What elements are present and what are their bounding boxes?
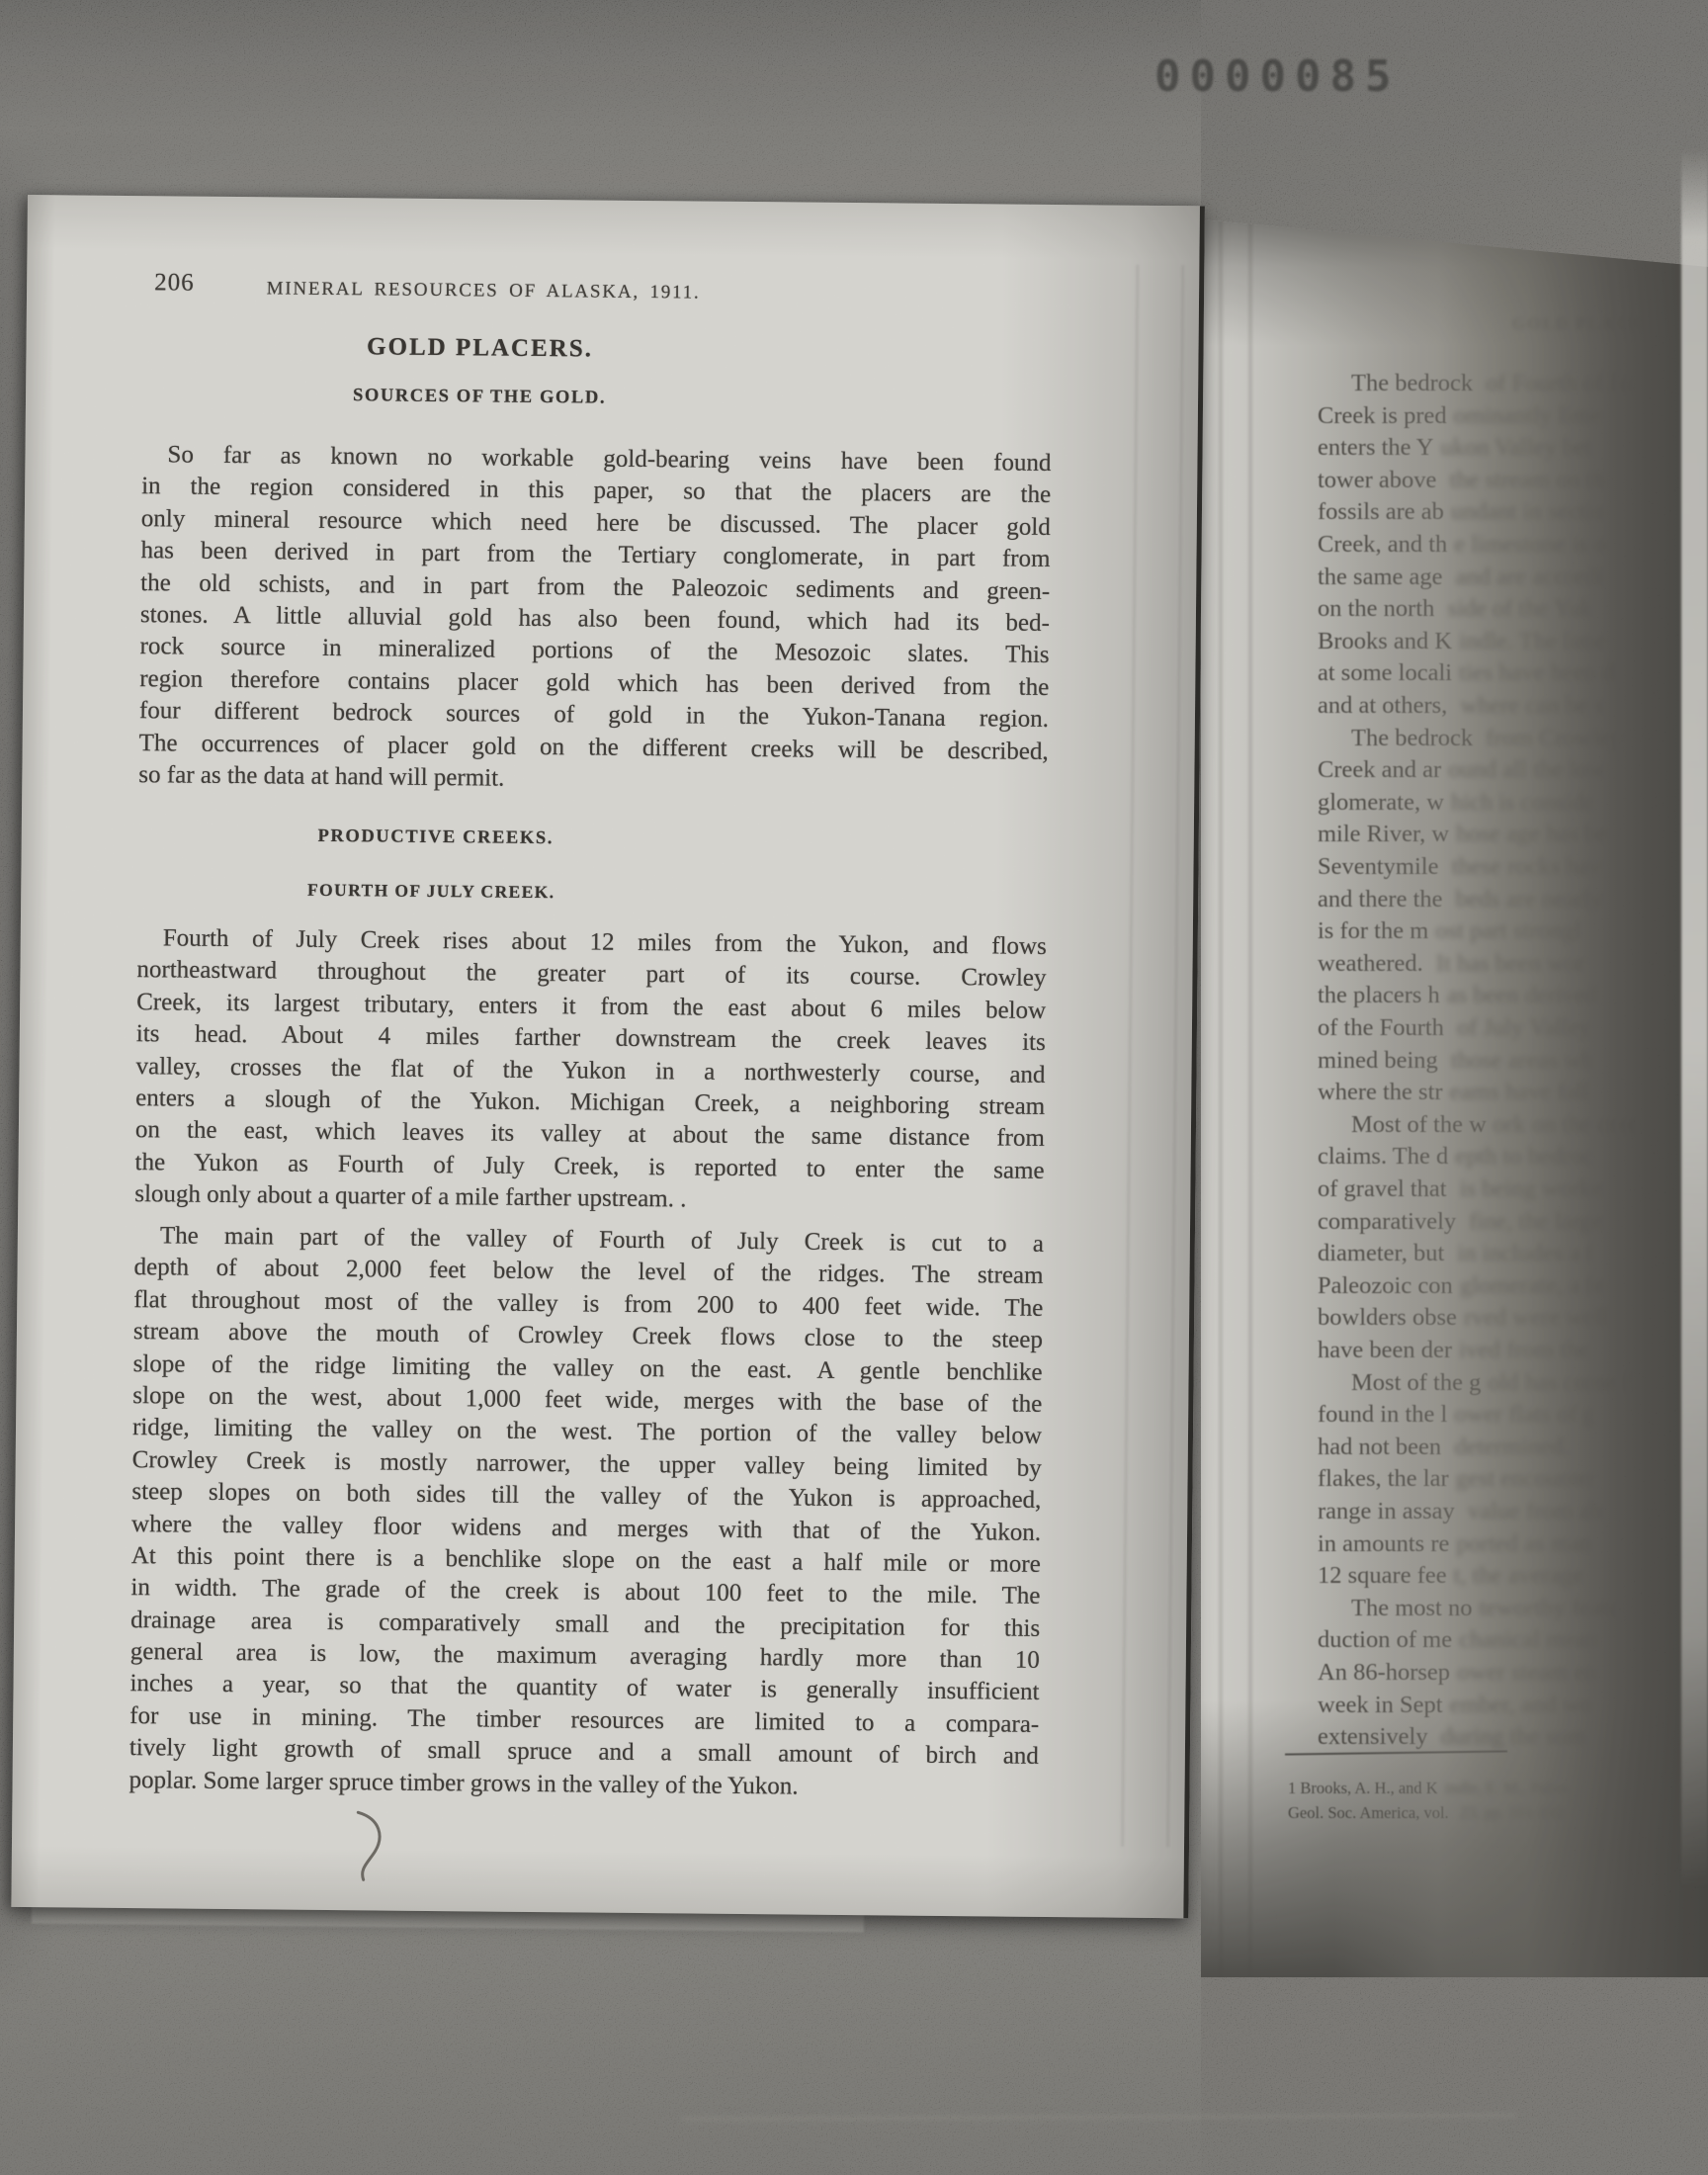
subsection-heading-sources: SOURCES OF THE GOLD. [26, 383, 933, 412]
blurred-fragment: epth to bedroc [1455, 1143, 1593, 1170]
subsection-heading-productive-creeks: PRODUCTIVE CREEKS. [22, 824, 850, 852]
legible-fragment: extensively [1318, 1723, 1434, 1750]
legible-fragment: and at others, [1318, 692, 1447, 719]
text-line: and at others, where can be s [1318, 691, 1603, 721]
text-line: of gravel that is being worke [1318, 1174, 1602, 1204]
legible-fragment: claims. The d [1318, 1143, 1448, 1170]
text-line: and there the beds are nearly [1318, 885, 1602, 914]
blurred-fragment: ported as man [1456, 1530, 1591, 1557]
text-line: flakes, the largest encounter [1318, 1464, 1596, 1494]
legible-fragment: glomerate, w [1318, 789, 1444, 816]
legible-fragment: An 86-horsep [1318, 1659, 1450, 1686]
text-line: had not been determined. [1318, 1433, 1570, 1462]
legible-fragment: The bedrock [1351, 725, 1479, 751]
legible-fragment: weathered. [1318, 950, 1429, 977]
text-line: week in September, and wo [1318, 1691, 1592, 1720]
legible-fragment: Most of the g [1351, 1369, 1481, 1396]
legible-fragment: fossils are ab [1318, 498, 1444, 525]
blurred-fragment: of Fourth of Ju [1486, 370, 1630, 396]
text-line: The bedrock from Crowley [1318, 724, 1622, 753]
text-line: The most noteworthy featu [1318, 1594, 1620, 1623]
legible-fragment: Brooks and K [1318, 628, 1452, 654]
text-line: enters the Yukon Valley bet [1318, 433, 1592, 463]
paragraph-sources: So far as known no workable gold-bearing… [138, 439, 1051, 800]
blurred-fragment: the stream on th [1450, 467, 1605, 493]
legible-fragment: enters the Y [1318, 434, 1433, 461]
text-line: claims. The depth to bedroc [1318, 1142, 1593, 1172]
blurred-fragment: in includes a f [1457, 1240, 1593, 1266]
blurred-fragment: hose age has be [1456, 821, 1607, 847]
text-line: of the Fourth of July Valley [1318, 1013, 1591, 1043]
text-line: is for the most part strongl [1318, 916, 1580, 946]
legible-fragment: is for the m [1318, 917, 1428, 944]
legible-fragment: range in assay [1318, 1498, 1455, 1524]
text-line: Creek is predominantly lime [1318, 401, 1601, 431]
legible-fragment: Creek and ar [1318, 756, 1441, 783]
blurred-fragment: those areas wh [1451, 1047, 1593, 1074]
legible-fragment: had not been [1318, 1434, 1447, 1460]
legible-fragment: duction of me [1318, 1626, 1452, 1653]
text-line: at some localities have been d [1318, 658, 1614, 688]
legible-fragment: the placers h [1318, 982, 1440, 1008]
text-line: Paleozoic conglomerate, a fe [1318, 1271, 1604, 1301]
text-line: mile River, whose age has be [1318, 820, 1607, 849]
blurred-fragment: ost part strongl [1435, 917, 1580, 944]
legible-fragment: on the north [1318, 595, 1441, 622]
text-line: diameter, but in includes a f [1318, 1239, 1594, 1268]
blurred-fragment: ower flats of g [1454, 1401, 1594, 1428]
blurred-fragment: indle. The lime [1459, 628, 1606, 654]
legible-fragment: mined being [1318, 1047, 1444, 1074]
blurred-fragment: e limestone is o [1454, 531, 1605, 558]
gutter-streak [1166, 265, 1184, 1847]
legible-fragment: Creek is pred [1318, 402, 1447, 429]
gutter-streak [1121, 265, 1139, 1847]
left-page: 206 MINERAL RESOURCES OF ALASKA, 1911. G… [11, 195, 1205, 1918]
legible-fragment: of gravel that [1318, 1175, 1453, 1202]
blurred-fragment: gest encounter [1456, 1465, 1596, 1492]
text-line: where the streams have fall [1318, 1078, 1589, 1107]
legible-fragment: 12 square fee [1318, 1562, 1447, 1589]
blurred-fragment: of July Valley [1457, 1014, 1591, 1041]
page-edge-highlight [1681, 148, 1708, 1888]
blurred-fragment: during the sum [1441, 1723, 1586, 1750]
legible-fragment: comparatively [1318, 1208, 1456, 1235]
blurred-fragment: t, the average [1454, 1562, 1583, 1589]
blurred-fragment: ower steam en [1457, 1659, 1597, 1686]
text-line: tower above the stream on th [1318, 466, 1605, 495]
text-line: Brooks and Kindle. The lime [1318, 627, 1606, 656]
text-line: have been derived from the [1318, 1336, 1589, 1365]
blurred-fragment: as been derived [1447, 982, 1597, 1008]
section-heading-gold-placers: GOLD PLACERS. [26, 330, 933, 367]
blurred-fragment: value from ab [1462, 1498, 1602, 1524]
text-line: Most of the gold has come f [1318, 1368, 1630, 1398]
blurred-fragment: ominantly lime [1454, 402, 1601, 429]
legible-fragment: have been der [1318, 1337, 1452, 1363]
document-id-stamp: 0000085 [1154, 51, 1400, 102]
text-line: the same age and are accordi [1318, 563, 1603, 592]
text-line: Seventymile these rocks hav [1318, 852, 1601, 882]
text-line: range in assay value from ab [1318, 1497, 1602, 1526]
text-line: extensively during the sum [1318, 1722, 1586, 1752]
text-line: mined being those areas wh [1318, 1046, 1593, 1076]
blurred-fragment: ties have been d [1459, 659, 1614, 686]
legible-fragment: mile River, w [1318, 821, 1449, 847]
legible-fragment: Seventymile [1318, 853, 1445, 880]
blurred-fragment: ound all the low [1448, 756, 1605, 783]
paragraph-fourth-of-july-2: The main part of the valley of Fourth of… [128, 1220, 1044, 1805]
blurred-fragment: fine, the large [1463, 1208, 1602, 1235]
text-line: comparatively fine, the large [1318, 1207, 1602, 1237]
blurred-fragment: eams have fall [1450, 1079, 1590, 1105]
text-line: Creek and around all the low [1318, 755, 1605, 785]
legible-fragment: tower above [1318, 467, 1443, 493]
right-page-text: The bedrock of Fourth of JuCreek is pred… [1201, 198, 1708, 1977]
subsection-heading-fourth-of-july: FOURTH OF JULY CREEK. [21, 877, 841, 906]
right-page: GOLD PLACE The bedrock of Fourth of JuCr… [1201, 198, 1708, 1977]
text-line: glomerate, which is conside [1318, 788, 1595, 818]
blurred-fragment: beds are nearly [1456, 886, 1602, 913]
legible-fragment: Geol. Soc. America, vol. [1288, 1803, 1449, 1822]
legible-fragment: Paleozoic con [1318, 1272, 1453, 1299]
blurred-fragment: hich is conside [1451, 789, 1595, 816]
text-line: An 86-horsepower steam en [1318, 1658, 1597, 1688]
blurred-fragment: side of the Yuk [1448, 595, 1593, 622]
legible-fragment: at some locali [1318, 659, 1452, 686]
blurred-fragment: rved were well [1464, 1304, 1608, 1331]
blurred-fragment: is being worke [1460, 1175, 1602, 1202]
text-line: weathered. It has been wor [1318, 949, 1584, 979]
blurred-fragment: It has been wor [1436, 950, 1584, 977]
legible-fragment: where the str [1318, 1079, 1443, 1105]
legible-fragment: flakes, the lar [1318, 1465, 1449, 1492]
legible-fragment: week in Sept [1318, 1692, 1443, 1718]
blurred-fragment: old has come f [1488, 1369, 1630, 1396]
blurred-fragment: ember, and wo [1450, 1692, 1592, 1718]
blurred-fragment: these rocks hav [1452, 853, 1601, 880]
text-line: 12 square feet, the average [1318, 1561, 1583, 1591]
blurred-fragment: undant in sectio [1451, 498, 1604, 525]
text-line: on the north side of the Yuk [1318, 594, 1592, 624]
legible-fragment: 1 Brooks, A. H., and K [1288, 1779, 1438, 1797]
blurred-fragment: determined. [1454, 1434, 1569, 1460]
text-line: Creek, and the limestone is o [1318, 530, 1605, 560]
text-line: Geol. Soc. America, vol. 23, pp. 101-102 [1288, 1798, 1563, 1828]
blurred-fragment: where can be s [1454, 692, 1603, 719]
legible-fragment: The most no [1351, 1595, 1473, 1621]
running-head: MINERAL RESOURCES OF ALASKA, 1911. [29, 276, 938, 306]
text-line: The bedrock of Fourth of Ju [1318, 369, 1631, 398]
scanned-book-page: 0000085 GOLD PLACE The bedrock of Fourth… [0, 0, 1708, 2175]
blurred-fragment: ived from the [1459, 1337, 1589, 1363]
blurred-fragment: chanical mean [1459, 1626, 1598, 1653]
legible-fragment: of the Fourth [1318, 1014, 1450, 1041]
legible-fragment: in amounts re [1318, 1530, 1449, 1557]
blurred-fragment: ukon Valley bet [1440, 434, 1591, 461]
legible-fragment: diameter, but [1318, 1240, 1450, 1266]
legible-fragment: Creek, and th [1318, 531, 1447, 558]
paragraph-fourth-of-july-1: Fourth of July Creek rises about 12 mile… [134, 922, 1047, 1219]
blurred-fragment: glomerate, a fe [1460, 1272, 1604, 1299]
text-line: bowlders observed were well [1318, 1303, 1607, 1333]
legible-fragment: and there the [1318, 886, 1449, 913]
blurred-fragment: indle, E. M., Paleo [1445, 1779, 1567, 1797]
text-line: duction of mechanical mean [1318, 1625, 1598, 1655]
handwritten-mark [350, 1807, 392, 1888]
legible-fragment: the same age [1318, 564, 1449, 590]
legible-fragment: Most of the w [1351, 1111, 1487, 1138]
blurred-fragment: and are accordi [1456, 564, 1604, 590]
legible-fragment: found in the l [1318, 1401, 1447, 1428]
text-line: found in the lower flats of g [1318, 1400, 1595, 1430]
blurred-fragment: teworthy featu [1480, 1595, 1620, 1621]
text-line: the placers has been derived [1318, 981, 1597, 1010]
blurred-fragment: from Crowley [1486, 725, 1622, 751]
blurred-fragment: 23, pp. 101-102 [1456, 1803, 1564, 1822]
blurred-fragment: ork on the cree [1494, 1111, 1638, 1138]
legible-fragment: The bedrock [1351, 370, 1479, 396]
text-line: fossils are abundant in sectio [1318, 497, 1604, 527]
text-line: in amounts reported as man [1318, 1529, 1592, 1559]
legible-fragment: bowlders obse [1318, 1304, 1457, 1331]
text-line: Most of the work on the cree [1318, 1110, 1638, 1140]
